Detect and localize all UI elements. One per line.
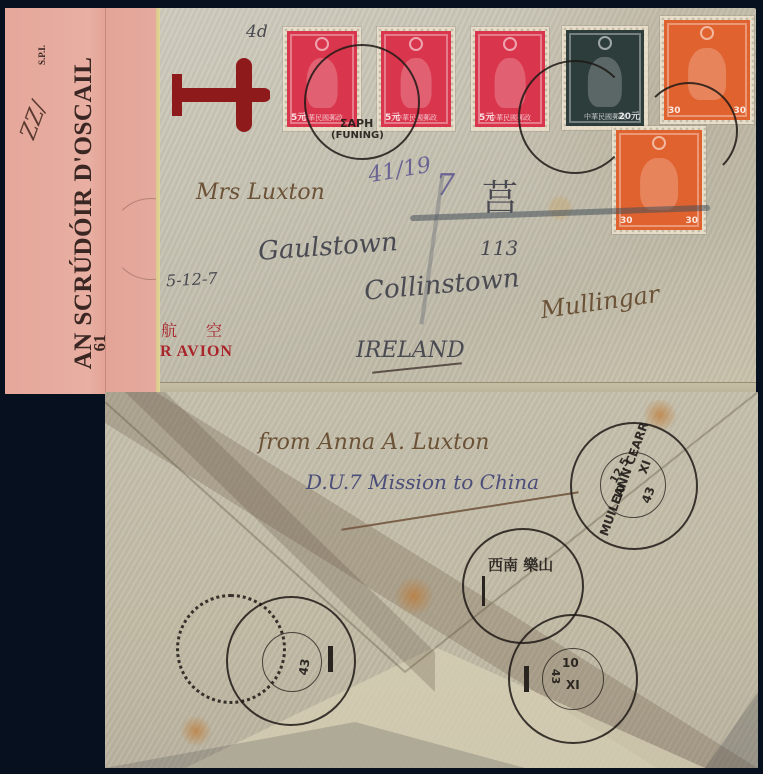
address-line-3-note: 113 [480, 236, 518, 260]
sender-line-1: from Anna A. Luxton [258, 430, 489, 455]
postmark-origin: (FUNING) [331, 130, 384, 141]
postmark-funing [304, 44, 420, 160]
censor-pencil-mark: ZZ/ [16, 98, 52, 142]
pencil-rate: 4d [246, 22, 268, 42]
censor-code: S.P.I. [37, 35, 51, 75]
foxing-stain [394, 576, 434, 616]
sender-line-2: D.U.7 Mission to China [306, 470, 539, 494]
foxing-stain [180, 715, 212, 747]
postmark-muileann-cearr-2: 43 [226, 596, 356, 726]
postmark-baile-atha-cliath: 10 XI 43 [508, 614, 638, 744]
postmark-fragment: ΣΑΡΗ [340, 117, 373, 130]
airmail-chinese-2: 空 [206, 318, 222, 341]
airplane-icon [168, 52, 270, 132]
postmark-front-3 [640, 82, 738, 180]
address-country: IRELAND [356, 338, 465, 363]
censor-number: 61 [90, 328, 110, 358]
airmail-chinese-1: 航 [161, 318, 177, 341]
postmark-front-2 [518, 60, 632, 174]
pencil-note: 5-12-7 [166, 269, 218, 291]
postmark-muileann-cearr: 12.5 10 43 XI MUILEANN CEARR [570, 422, 698, 550]
censor-label: S.P.I. AN SCRÚDÓIR D'OSCAIL 61 ZZ/ [5, 8, 158, 394]
address-line-1: Mrs Luxton [196, 180, 325, 205]
par-avion-label: R AVION [160, 343, 233, 361]
